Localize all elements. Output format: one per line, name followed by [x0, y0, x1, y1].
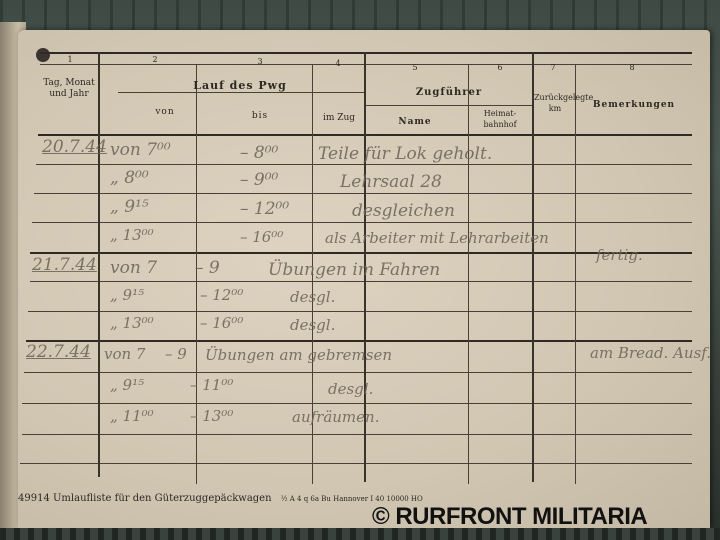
col-number-8: 8: [622, 62, 642, 73]
entry-to: – 12⁰⁰: [200, 286, 243, 304]
entry-from: „ 13⁰⁰: [110, 226, 154, 244]
col-number-3: 3: [250, 56, 270, 67]
entry-to: – 12⁰⁰: [240, 199, 289, 219]
entry-remark: am Bread. Ausf.: [590, 344, 711, 362]
entry-date: 20.7.44: [42, 137, 107, 157]
entry-from: „ 9¹⁵: [110, 376, 144, 394]
entry-to: – 13⁰⁰: [190, 407, 233, 425]
entry-from: „ 9¹⁵: [110, 286, 144, 304]
header-to: bis: [225, 111, 295, 122]
header-home-station: Heimat-bahnhof: [470, 108, 530, 130]
header-remarks: Bemerkungen: [578, 100, 690, 111]
form-title: Umlaufliste für den Güterzuggepäckwagen: [53, 493, 272, 504]
entry-from: „ 8⁰⁰: [110, 168, 149, 188]
entry-text: desgleichen: [352, 201, 455, 221]
entry-text: desgl.: [328, 380, 373, 398]
entry-text: Teile für Lok geholt.: [318, 144, 492, 164]
col-number-6: 6: [490, 62, 510, 73]
header-distance: Zurückgelegte km: [534, 92, 576, 114]
entry-date: 22.7.44: [26, 342, 91, 362]
col-number-5: 5: [405, 62, 425, 73]
header-date: Tag, Monat und Jahr: [40, 78, 98, 100]
col-number-7: 7: [543, 62, 563, 73]
entry-to: – 9⁰⁰: [240, 170, 278, 190]
entry-remark: fertig.: [596, 246, 643, 264]
entry-from: „ 9¹⁵: [110, 197, 149, 217]
col-number-2: 2: [145, 54, 165, 65]
print-info: ½ A 4 q 6a Bu Hannover I 40 10000 HO: [281, 495, 423, 503]
watermark: © RURFRONT MILITARIA: [372, 503, 647, 531]
entry-from: von 7⁰⁰: [110, 140, 171, 160]
entry-to: – 8⁰⁰: [240, 143, 278, 163]
entry-text: Lehrsaal 28: [340, 172, 442, 192]
entry-text: aufräumen.: [292, 408, 379, 426]
entry-to: – 16⁰⁰: [240, 228, 283, 246]
form-number: 49914: [18, 493, 50, 504]
entry-text: desgl.: [290, 316, 335, 334]
header-name: Name: [370, 117, 460, 128]
entry-text: desgl.: [290, 288, 335, 306]
header-route: Lauf des Pwg: [140, 80, 340, 91]
entry-date: 21.7.44: [32, 255, 97, 275]
entry-to: – 9: [195, 258, 220, 278]
entry-text: Übungen am gebremsen: [205, 346, 392, 364]
entry-to: – 11⁰⁰: [190, 376, 233, 394]
entry-from: „ 13⁰⁰: [110, 314, 154, 332]
col-number-4: 4: [328, 58, 348, 69]
entry-from: von 7: [110, 258, 157, 278]
header-from: von: [130, 107, 200, 118]
header-conductor: Zugführer: [366, 87, 532, 98]
header-in-train: im Zug: [314, 113, 364, 124]
entry-text: als Arbeiter mit Lehrarbeiten: [325, 229, 549, 247]
entry-to: – 16⁰⁰: [200, 314, 243, 332]
form-footer: 49914 Umlaufliste für den Güterzuggepäck…: [18, 493, 423, 504]
entry-text: Übungen im Fahren: [268, 260, 440, 280]
entry-from: von 7: [104, 345, 145, 363]
entry-to: – 9: [165, 345, 187, 363]
col-number-1: 1: [60, 54, 80, 65]
entry-from: „ 11⁰⁰: [110, 407, 154, 425]
